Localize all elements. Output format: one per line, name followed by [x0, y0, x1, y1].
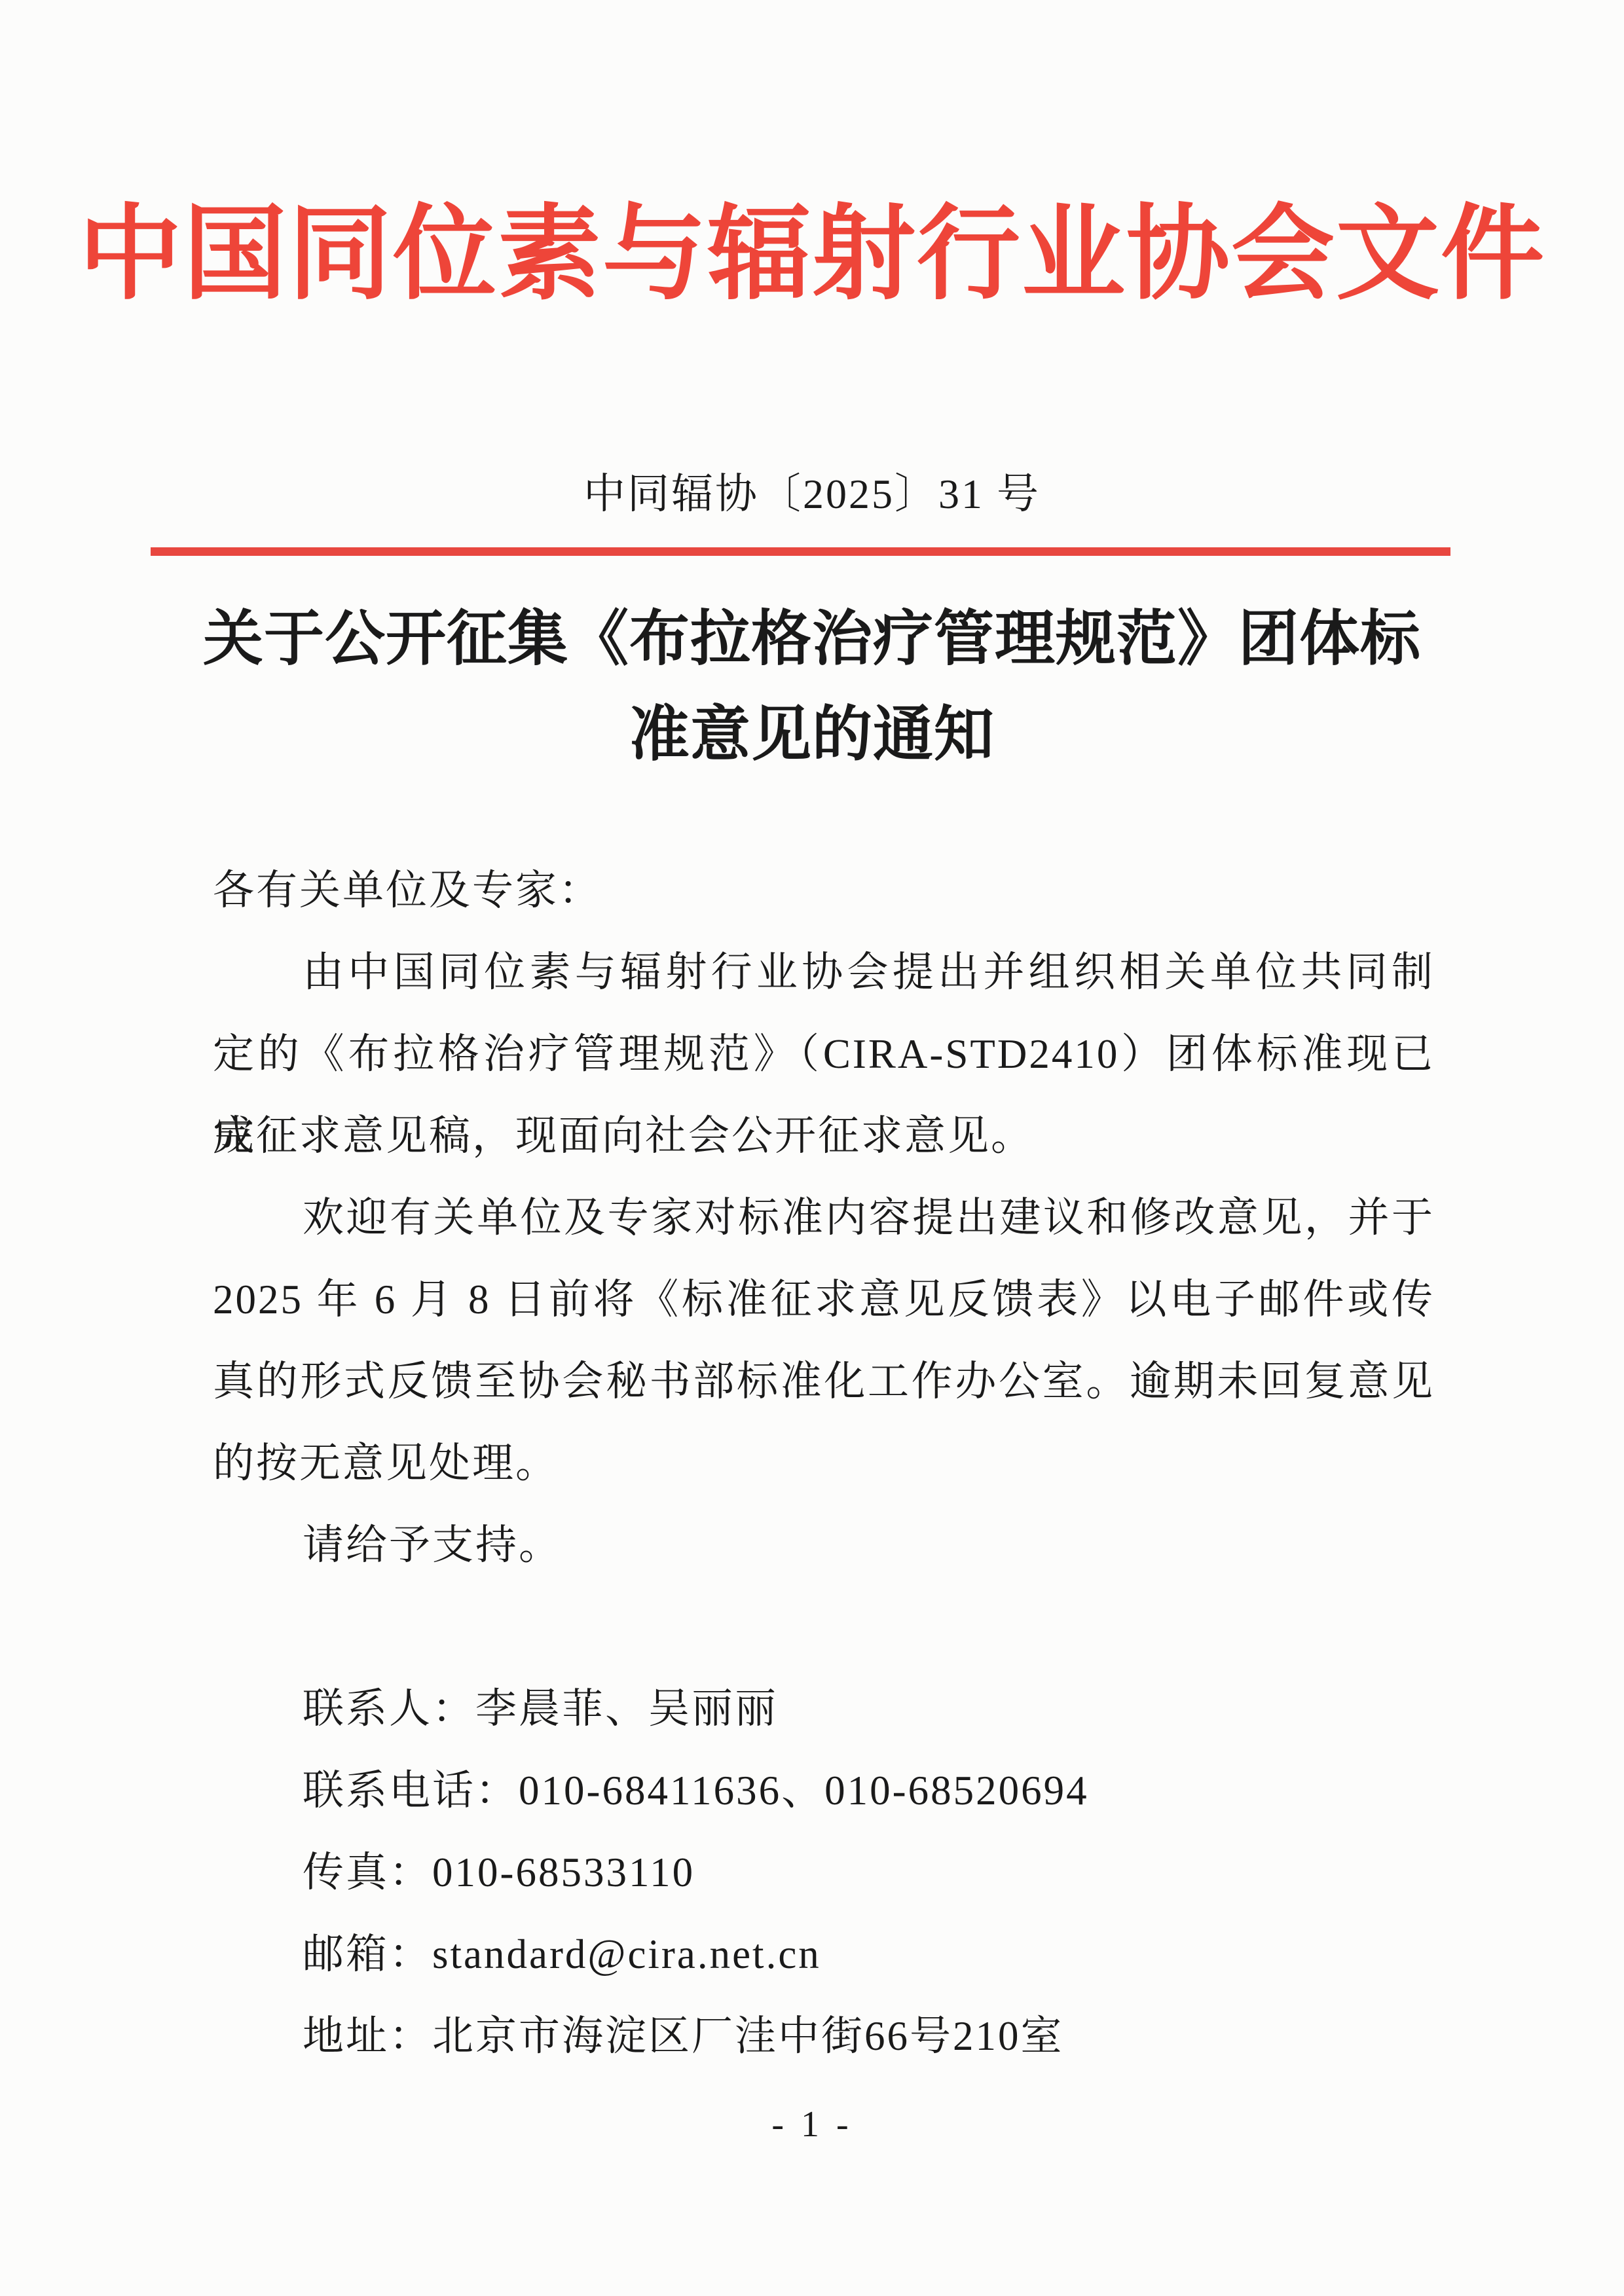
body-line: 定的《布拉格治疗管理规范》（CIRA-STD2410）团体标准现已完	[213, 1013, 1435, 1095]
page-number: - 1 -	[0, 2102, 1624, 2147]
body-line: 2025 年 6 月 8 日前将《标准征求意见反馈表》以电子邮件或传	[213, 1259, 1435, 1341]
red-separator-line	[151, 547, 1450, 556]
body-line: 真的形式反馈至协会秘书部标准化工作办公室。逾期未回复意见	[213, 1341, 1435, 1423]
body-text: 各有关单位及专家： 由中国同位素与辐射行业协会提出并组织相关单位共同制 定的《布…	[213, 850, 1435, 2077]
body-line: 的按无意见处理。	[213, 1423, 1435, 1504]
body-line: 欢迎有关单位及专家对标准内容提出建议和修改意见，并于	[213, 1177, 1435, 1259]
contact-email: 邮箱：standard@cira.net.cn	[213, 1914, 1435, 1995]
salutation: 各有关单位及专家：	[213, 850, 1435, 932]
org-header-title: 中国同位素与辐射行业协会文件	[0, 183, 1624, 327]
blank-line	[213, 1586, 1435, 1668]
body-line: 请给予支持。	[213, 1504, 1435, 1586]
notice-title-line2: 准意见的通知	[111, 687, 1513, 782]
body-line: 由中国同位素与辐射行业协会提出并组织相关单位共同制	[213, 932, 1435, 1013]
notice-title: 关于公开征集《布拉格治疗管理规范》团体标 准意见的通知	[111, 591, 1513, 782]
contact-phone: 联系电话：010-68411636、010-68520694	[213, 1750, 1435, 1832]
contact-person: 联系人：李晨菲、吴丽丽	[213, 1668, 1435, 1750]
document-page: 中国同位素与辐射行业协会文件 中同辐协〔2025〕31 号 关于公开征集《布拉格…	[0, 0, 1624, 2296]
contact-fax: 传真：010-68533110	[213, 1832, 1435, 1914]
contact-address: 地址：北京市海淀区厂洼中街66号210室	[213, 1995, 1435, 2077]
doc-number: 中同辐协〔2025〕31 号	[0, 466, 1624, 522]
body-line: 成征求意见稿，现面向社会公开征求意见。	[213, 1095, 1435, 1177]
notice-title-line1: 关于公开征集《布拉格治疗管理规范》团体标	[111, 591, 1513, 687]
